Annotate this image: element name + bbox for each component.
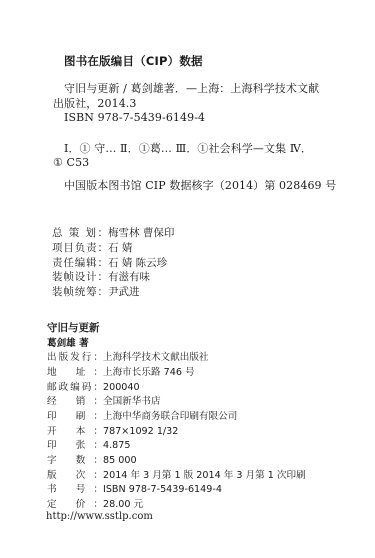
credit-label: 装帧设计： [52,269,108,284]
imprint-label: 版 次： [47,467,103,481]
imprint-value: 上海市长乐路 746 号 [103,367,195,378]
imprint-value: 787×1092 1/32 [103,426,178,437]
cip-publisher-line: 出版社，2014.3 [53,95,137,111]
imprint-label: 印 张： [47,437,103,451]
credit-label: 装帧统筹： [52,284,108,299]
imprint-label: 出版发行： [47,349,103,363]
imprint-value: 200040 [103,382,140,393]
book-title: 守旧与更新 [47,320,100,335]
credit-value: 石 婧 陈云珍 [108,257,167,269]
credit-row: 总 策 划：梅雪林 曹保印 [52,225,174,240]
imprint-row: 开 本：787×1092 1/32 [47,423,178,437]
credit-label: 责任编辑： [52,255,108,270]
imprint-label: 印 刷： [47,408,103,422]
credit-label: 总 策 划： [52,225,108,240]
imprint-label: 定 价： [47,496,103,510]
imprint-row: 地 址：上海市长乐路 746 号 [47,364,195,378]
imprint-row: 邮政编码：200040 [47,379,140,393]
imprint-row: 印 张：4.875 [47,437,130,451]
imprint-row: 出版发行：上海科学技术文献出版社 [47,349,209,363]
cip-isbn: ISBN 978-7-5439-6149-4 [64,111,205,124]
cip-title-line: 守旧与更新 / 葛剑雄著．—上海：上海科学技术文献 [64,80,319,96]
imprint-value: 85 000 [103,455,137,466]
imprint-label: 开 本： [47,423,103,437]
imprint-label: 字 数： [47,452,103,466]
credit-row: 项目负责：石 婧 [52,240,132,255]
imprint-row: 定 价：28.00 元 [47,496,143,510]
cip-classification: Ⅰ．① 守… Ⅱ．①葛… Ⅲ．①社会科学—文集 Ⅳ． [64,140,312,156]
imprint-row: 经 销：全国新华书店 [47,393,161,407]
credit-row: 装帧设计：有滋有味 [52,269,150,284]
imprint-row: 版 次：2014 年 3 月第 1 版 2014 年 3 月第 1 次印刷 [47,467,306,481]
book-author: 葛剑雄 著 [47,335,89,349]
credit-value: 有滋有味 [108,271,150,283]
cip-heading: 图书在版编目（CIP）数据 [64,53,203,69]
imprint-value: ISBN 978-7-5439-6149-4 [103,484,222,495]
imprint-value: 4.875 [103,440,130,451]
imprint-row: 字 数：85 000 [47,452,137,466]
credit-row: 装帧统筹：尹武进 [52,284,140,299]
credit-label: 项目负责： [52,240,108,255]
publisher-website-link[interactable]: http://www.sstlp.com [46,511,153,522]
imprint-value: 2014 年 3 月第 1 版 2014 年 3 月第 1 次印刷 [103,470,306,481]
imprint-value: 上海中华商务联合印刷有限公司 [103,411,237,422]
credit-row: 责任编辑：石 婧 陈云珍 [52,255,167,270]
imprint-row: 书 号：ISBN 978-7-5439-6149-4 [47,481,222,495]
imprint-value: 上海科学技术文献出版社 [103,352,209,363]
imprint-value: 28.00 元 [103,499,143,510]
cip-catalog-number: 中国版本图书馆 CIP 数据核字（2014）第 028469 号 [64,177,336,193]
credit-value: 梅雪林 曹保印 [108,227,174,239]
imprint-label: 书 号： [47,481,103,495]
cip-classification-code: ① C53 [53,156,89,169]
credit-value: 尹武进 [108,286,140,298]
imprint-row: 印 刷：上海中华商务联合印刷有限公司 [47,408,237,422]
imprint-label: 地 址： [47,364,103,378]
imprint-label: 经 销： [47,393,103,407]
credit-value: 石 婧 [108,242,132,254]
imprint-label: 邮政编码： [47,379,103,393]
imprint-value: 全国新华书店 [103,396,161,407]
